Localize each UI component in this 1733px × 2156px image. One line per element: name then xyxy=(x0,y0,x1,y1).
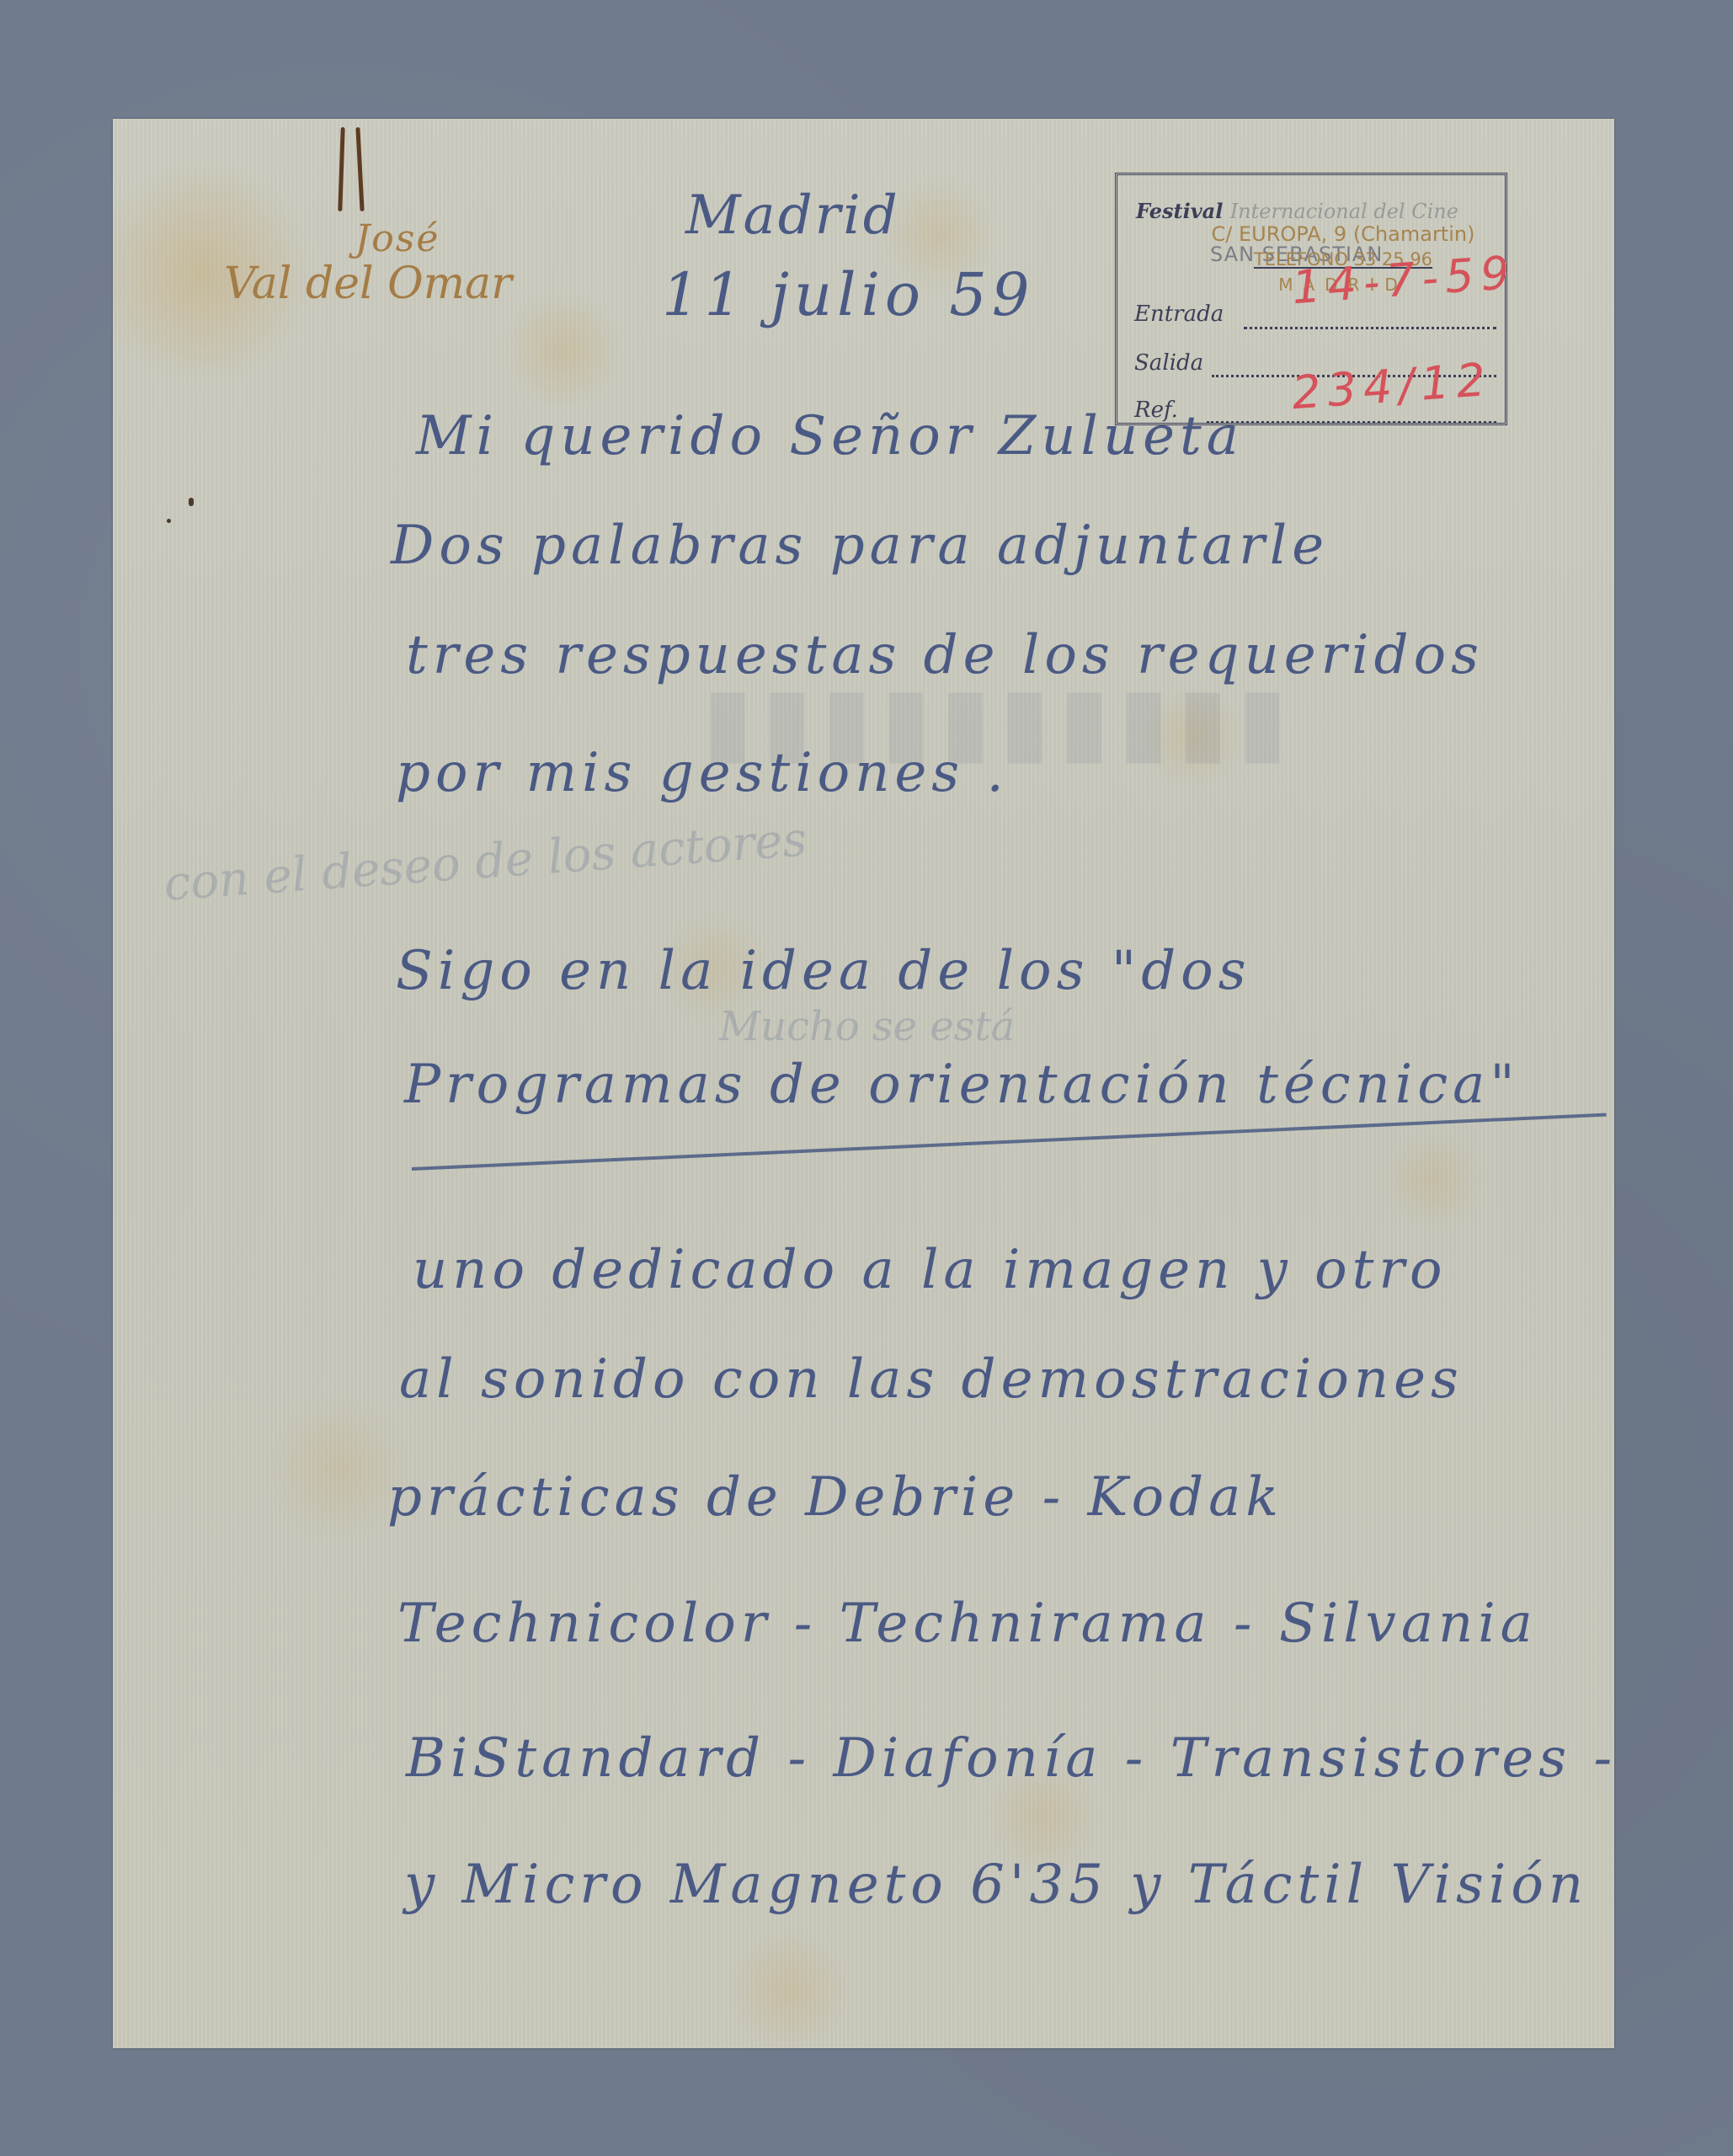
letterhead-last-name: Val del Omar xyxy=(221,259,515,309)
stamp-field-entrada-line xyxy=(1244,327,1496,329)
salutation: Mi querido Señor Zulueta xyxy=(416,405,1244,467)
double-stroke-mark-icon xyxy=(334,127,368,220)
body-line: Dos palabras para adjuntarle xyxy=(391,515,1329,577)
body-line: BiStandard - Diafonía - Transistores - xyxy=(406,1727,1617,1790)
body-line: uno dedicado a la imagen y otro xyxy=(413,1239,1448,1301)
stamp-field-ref-line xyxy=(1207,421,1496,424)
body-line: Programas de orientación técnica" xyxy=(404,1054,1520,1116)
stamp-organization-faded: Internacional del Cine xyxy=(1230,200,1458,223)
letterhead: José Val del Omar xyxy=(246,127,515,309)
letterhead-first-name: José xyxy=(280,220,515,259)
body-line: y Micro Magneto 6'35 y Táctil Visión xyxy=(404,1854,1588,1916)
body-line-text: Sigo en la idea de los "dos xyxy=(396,940,1251,1002)
stamp-organization: Festival Internacional del Cine xyxy=(1136,199,1458,223)
letter-date: 11 julio 59 xyxy=(662,260,1034,329)
body-line: prácticas de Debrie - Kodak xyxy=(387,1466,1283,1529)
bleed-through-text: Mucho se está xyxy=(719,1003,1015,1050)
bleed-through-text: con el deseo de los actores xyxy=(163,812,808,911)
stamp-field-salida-label: Salida xyxy=(1134,350,1203,376)
letter-sheet: ▮▮▮▮▮▮▮▮▮▮ con el deseo de los actores M… xyxy=(113,119,1614,2048)
body-line: al sonido con las demostraciones xyxy=(399,1348,1464,1411)
body-line: Sigo en la idea de los "dos xyxy=(396,940,1251,1002)
archive-mount-background: ▮▮▮▮▮▮▮▮▮▮ con el deseo de los actores M… xyxy=(0,0,1733,2156)
stamp-overprint-address: C/ EUROPA, 9 (Chamartin) xyxy=(1149,222,1537,246)
letter-place: Madrid xyxy=(685,184,900,247)
stamp-field-entrada-label: Entrada xyxy=(1134,302,1224,327)
body-line: tres respuestas de los requeridos xyxy=(406,624,1484,686)
underline-stroke xyxy=(412,1113,1607,1171)
body-line: Technicolor - Technirama - Silvania xyxy=(397,1593,1538,1655)
body-line: por mis gestiones . xyxy=(396,742,1009,804)
